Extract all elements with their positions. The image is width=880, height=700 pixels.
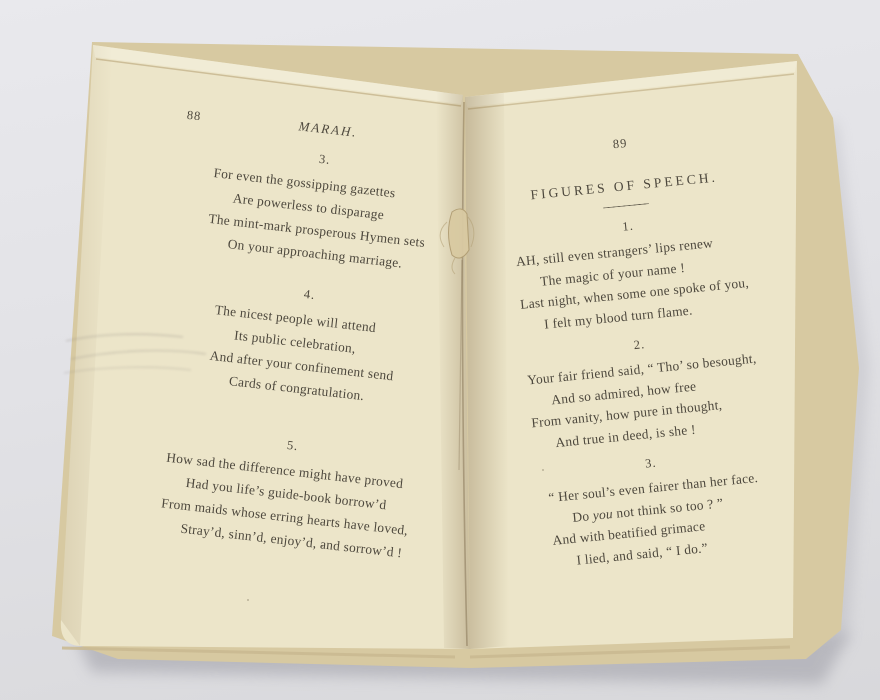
- book-photo-scene: 88 MARAH. 3.For even the gossipping gaze…: [0, 0, 880, 700]
- left-page-text: 88 MARAH. 3.For even the gossipping gaze…: [121, 104, 486, 590]
- stanza: 2.Your fair friend said, “ Tho’ so besou…: [524, 326, 763, 456]
- stanza: 1.AH, still even strangers’ lips renewTh…: [513, 207, 752, 337]
- stanza: 5.How sad the difference might have prov…: [158, 424, 417, 565]
- stanza: 3.“ Her soul’s even fairer than her face…: [545, 445, 765, 573]
- section-title: FIGURES OF SPEECH.: [474, 163, 774, 210]
- right-page-text: 89 FIGURES OF SPEECH. 1.AH, still even s…: [470, 121, 811, 588]
- stanza: 4.The nicest people will attendIts publi…: [206, 276, 402, 410]
- left-stanzas: 3.For even the gossipping gazettesAre po…: [124, 134, 483, 569]
- title-rule: [603, 203, 649, 208]
- stanza: 3.For even the gossipping gazettesAre po…: [205, 139, 434, 277]
- right-stanzas: 1.AH, still even strangers’ lips renewTh…: [478, 204, 810, 577]
